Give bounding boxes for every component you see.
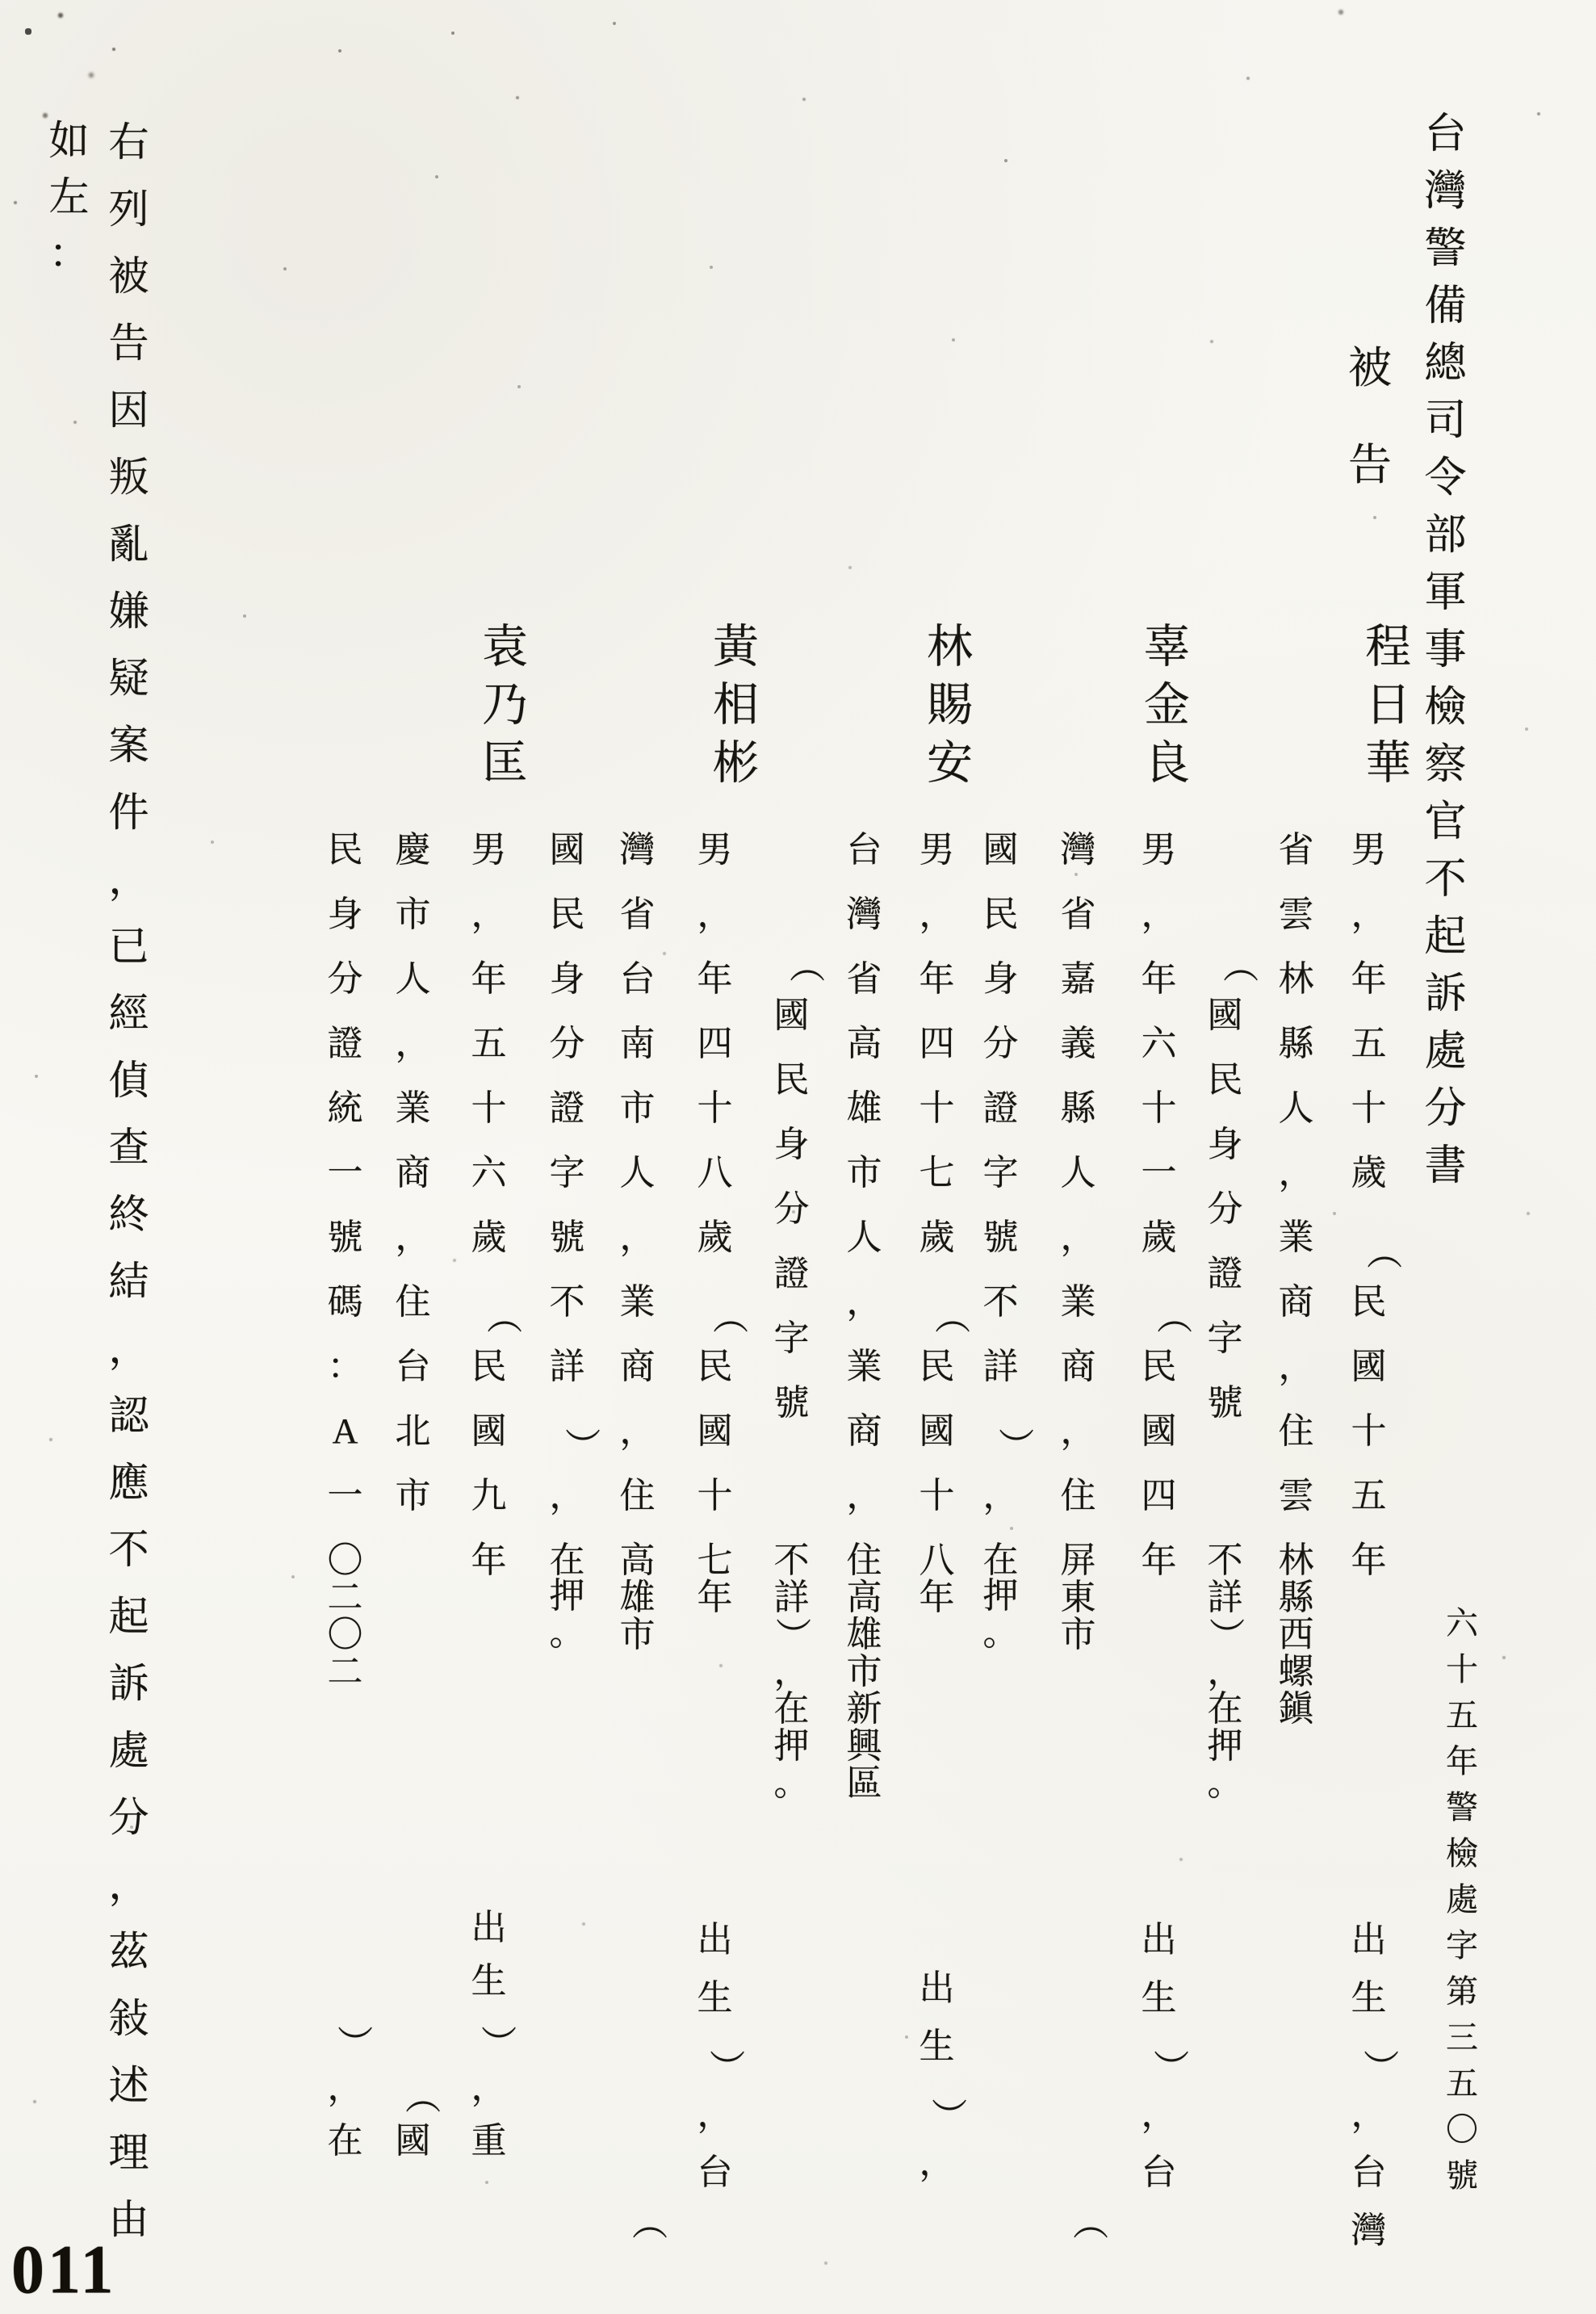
huang-bio-col3-upper: 國民身分證字號不詳），在 (545, 832, 589, 1607)
case-number-column: 六十五年警檢處字第三五〇號 (1442, 1607, 1482, 2205)
lin-bio-col1-mid: 八年 (915, 1542, 959, 1616)
cheng-bio-col1-tail: 出生），台灣 (1347, 1922, 1391, 2270)
name-column-yuan-nai-kuang: 袁乃匡 (476, 623, 534, 798)
cheng-bio-col3-mid: 不詳），在押。 (1203, 1542, 1247, 1802)
lin-bio-col1-upper: 男，年四十七歲（民國十 (915, 832, 959, 1542)
cheng-bio-col1-mid: 年 (1347, 1542, 1391, 1579)
lin-bio-col3-mid: 不詳），在押。 (769, 1542, 814, 1802)
ku-bio-col3-mid: 押。 (978, 1578, 1023, 1652)
ku-bio-col1-mid: 年 (1137, 1542, 1181, 1579)
lin-bio-col1-tail: 出生）， (915, 1970, 959, 2203)
defendant-label: 被告 (1343, 346, 1397, 539)
huang-bio-col2-upper: 灣省台南市人，業商，住 (615, 832, 660, 1542)
yuan-bio-col3-mid: 〇二〇二 (323, 1542, 367, 1691)
yuan-bio-col2-upper: 慶市人，業商，住台北市 (391, 832, 435, 1542)
scan-noise-speckles (0, 0, 2, 2)
yuan-bio-col3-upper: 民身分證統一號碼：A一 (323, 832, 367, 1542)
name-column-cheng-jih-hua: 程日華 (1359, 623, 1417, 798)
ku-bio-col1-tail: 出生），台 (1137, 1922, 1181, 2212)
cheng-bio-col3-upper: （國民身分證字號 (1203, 933, 1247, 1449)
yuan-bio-col1-upper: 男，年五十六歲（民國九 (467, 832, 511, 1542)
ku-bio-col2-mid: 屏東市 (1056, 1542, 1100, 1654)
ku-bio-col1-upper: 男，年六十一歲（民國四 (1137, 832, 1181, 1542)
huang-bio-col1-upper: 男，年四十八歲（民國十 (693, 832, 737, 1542)
scanned-document-page: 011 台灣警備總司令部軍事檢察官不起訴處分書六十五年警檢處字第三五〇號被告程日… (0, 0, 1596, 2314)
lin-bio-col2-upper: 台灣省高雄市人，業商， (842, 832, 886, 1542)
huang-bio-col2-tail: （ (615, 2193, 660, 2251)
lin-bio-col2-mid: 住高雄市新興區 (842, 1542, 886, 1802)
name-column-ku-chin-liang: 辜金良 (1138, 623, 1196, 798)
cheng-bio-col2-upper: 省雲林縣人，業商，住雲 (1274, 832, 1318, 1542)
lin-bio-col3-upper: （國民身分證字號 (769, 933, 814, 1449)
ku-bio-col2-tail: （ (1056, 2193, 1100, 2251)
ku-bio-col3-upper: 國民身分證字號不詳），在 (978, 832, 1023, 1607)
ku-bio-col2-upper: 灣省嘉義縣人，業商，住 (1056, 832, 1100, 1542)
name-column-lin-szu-an: 林賜安 (921, 623, 978, 798)
cheng-bio-col2-mid: 林縣西螺鎭 (1274, 1542, 1318, 1728)
page-number: 011 (11, 2230, 116, 2310)
title-column: 台灣警備總司令部軍事檢察官不起訴處分書 (1419, 113, 1472, 1202)
closing-text-column: 右列被告因叛亂嫌疑案件，已經偵查終結，認應不起訴處分，茲敍述理由 (103, 121, 154, 2266)
closing-suffix-column: 如左： (44, 119, 94, 289)
cheng-bio-col1-upper: 男，年五十歲（民國十五 (1347, 832, 1391, 1542)
huang-bio-col1-tail: 出生），台 (693, 1922, 737, 2212)
huang-bio-col2-mid: 高雄市 (615, 1542, 660, 1654)
yuan-bio-col1-mid: 年 (467, 1542, 511, 1579)
huang-bio-col3-mid: 押。 (545, 1578, 589, 1652)
yuan-bio-col2-tail: （國 (391, 2069, 435, 2176)
yuan-bio-col3-tail: ），在 (323, 2016, 367, 2176)
yuan-bio-col1-tail: 出生），重 (467, 1909, 511, 2176)
huang-bio-col1-mid: 七年 (693, 1542, 737, 1616)
name-column-huang-hsiang-pin: 黃相彬 (707, 623, 764, 798)
